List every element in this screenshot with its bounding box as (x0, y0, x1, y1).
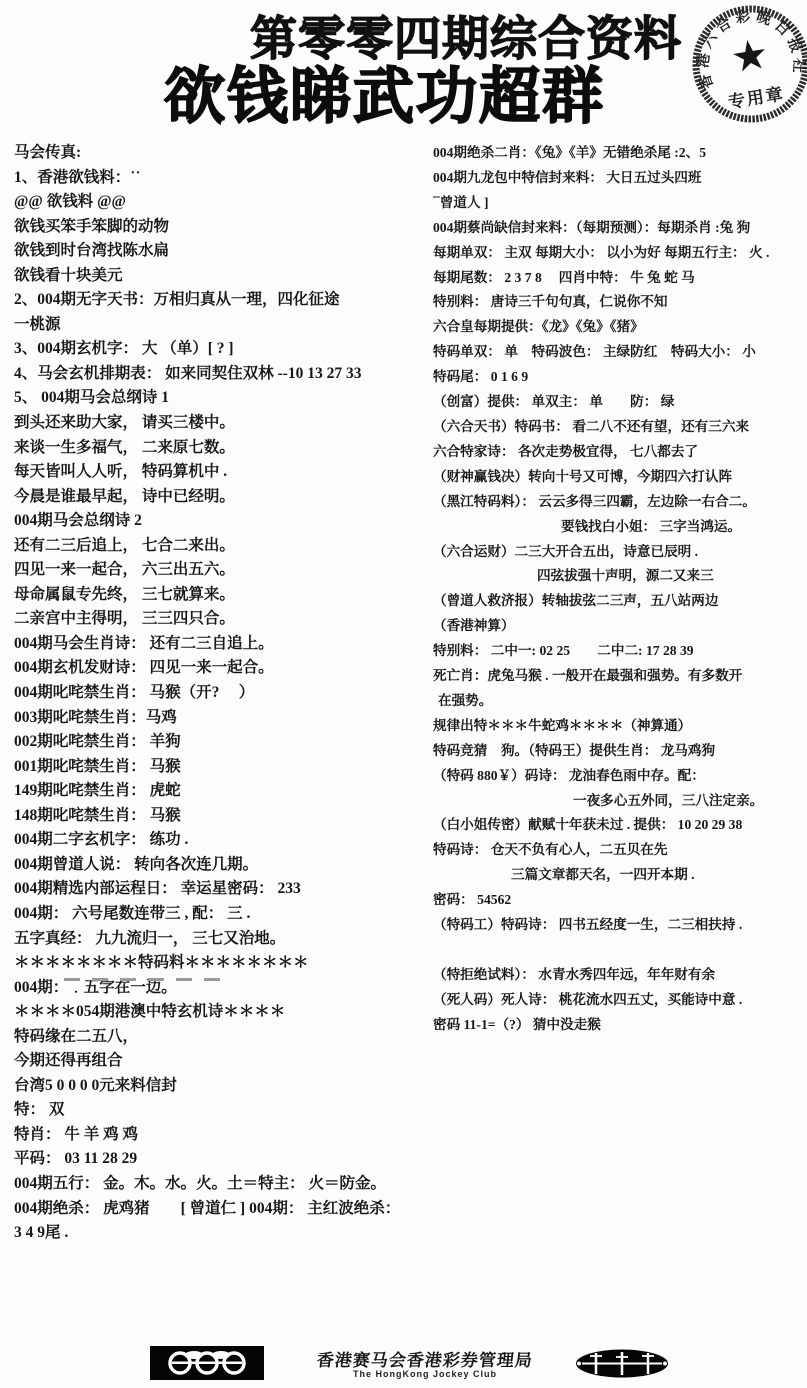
text-line: 每期单双： 主双 每期大小： 以小为好 每期五行主： 火 . (433, 241, 807, 266)
text-line: （香港神算） (433, 614, 807, 639)
text-line: 四见一来一起合， 六三出五六。 (14, 558, 428, 583)
text-line: 004期曾道人说： 转向各次连几期。 (14, 853, 428, 878)
text-line: 二亲宫中主得明， 三三四只合。 (14, 607, 428, 632)
text-line: 特别料： 唐诗三千句句真，仁说你不知 (433, 290, 807, 315)
text-line (433, 938, 807, 963)
text-line: 台湾5 0 0 0 0元来料信封 (14, 1074, 428, 1099)
text-line: 002期叱咤禁生肖： 羊狗 (14, 730, 428, 755)
oval-seal-icon (574, 1348, 670, 1379)
text-line: 特码竞猜 狗。（特码王）提供生肖： 龙马鸡狗 (433, 739, 807, 764)
left-column: 马会传真:1、香港欲钱料：˙˙@@ 欲钱料 @@欲钱买笨手笨脚的动物欲钱到时台湾… (14, 141, 428, 1246)
text-line: 密码： 54562 (433, 888, 807, 913)
text-line: 六合皇每期提供：《龙》《兔》《猪》 (433, 315, 807, 340)
text-line: 平码： 03 11 28 29 (14, 1147, 428, 1172)
text-line: @@ 欲钱料 @@ (14, 190, 428, 215)
fax-sheet-page: { "header": { "title_line1": "第零零四期综合资料"… (0, 0, 807, 1388)
text-line: 3 4 9尾 . (14, 1221, 428, 1246)
text-line: 特： 双 (14, 1098, 428, 1123)
text-line: （特码 880￥）码诗： 龙油春色雨中存。配： (433, 764, 807, 789)
text-line: （六合运财）二三大开合五出，诗意已辰明 . (433, 540, 807, 565)
text-line: 特码尾： 0 1 6 9 (433, 365, 807, 390)
text-line: 一夜多心五外同，三八注定亲。 (433, 789, 807, 814)
red-stamp-seal: 香港六合彩晚日报社 ★ 专用章 (688, 1, 807, 131)
text-line: （死人码）死人诗： 桃花流水四五丈，买能诗中意 . (433, 988, 807, 1013)
text-line: 004期叱咤禁生肖： 马猴（开? ） (14, 681, 428, 706)
text-line: 五字真经： 九九流归一， 三七又治地。 (14, 927, 428, 952)
text-line: 001期叱咤禁生肖： 马猴 (14, 755, 428, 780)
text-line: 在强势。 (433, 689, 807, 714)
page-subtitle: 欲钱睇武功超群 (164, 48, 605, 135)
text-line: 欲钱买笨手笨脚的动物 (14, 215, 428, 240)
text-line: 003期叱咤禁生肖：马鸡 (14, 706, 428, 731)
text-line: 母命属鼠专先终， 三七就算来。 (14, 583, 428, 608)
text-line: （白小姐传密）献赋十年获未过 . 提供： 10 20 29 38 (433, 813, 807, 838)
text-line: 欲钱到时台湾找陈水扁 (14, 239, 428, 264)
text-line: ¯曾道人 ] (433, 191, 807, 216)
text-line: 特别料： 二中一: 02 25 二中二: 17 28 39 (433, 639, 807, 664)
text-line: 特码缘在二五八， (14, 1025, 428, 1050)
text-line: 六合特家诗： 各次走势极宜得， 七八都去了 (433, 440, 807, 465)
text-line: 来谈一生多福气， 二来原七数。 (14, 436, 428, 461)
text-line: （黑江特码料）： 云云多得三四霸，左边除一右合二。 (433, 490, 807, 515)
text-line: 004期玄机发财诗： 四见一来一起合。 (14, 656, 428, 681)
text-line: 欲钱看十块美元 (14, 264, 428, 289)
text-line: 特码单双： 单 特码波色： 主绿防红 特码大小： 小 (433, 340, 807, 365)
text-line: （曾道人救济报）转轴拔弦二三声，五八站两边 (433, 589, 807, 614)
footer: 香港赛马会香港彩券管理局 The HongKong Jockey Club (0, 1342, 807, 1388)
text-line: 每天皆叫人人听， 特码算机中 . (14, 460, 428, 485)
text-line: 004期二字玄机字： 练功 . (14, 828, 428, 853)
text-line: 1、香港欲钱料：˙˙ (14, 166, 428, 191)
text-line: 密码 11-1=（?） 猜中没走猴 (433, 1013, 807, 1038)
text-line: 规律出特＊＊＊牛蛇鸡＊＊＊＊（神算通） (433, 714, 807, 739)
text-line: （创富）提供： 单双主： 单 防： 绿 (433, 390, 807, 415)
text-line: （财神赢钱决）转向十号又可博，今期四六打认阵 (433, 465, 807, 490)
text-line: 004期绝杀二肖：《兔》《羊》无错绝杀尾 :2、5 (433, 141, 807, 166)
text-line: 004期：﹒五字在一边。 (14, 976, 428, 1001)
star-icon: ★ (728, 31, 772, 82)
text-line: 004期五行： 金。木。水。火。土＝特主： 火＝防金。 (14, 1172, 428, 1197)
text-line: 004期精选内部运程日： 幸运星密码： 233 (14, 877, 428, 902)
right-column: 004期绝杀二肖：《兔》《羊》无错绝杀尾 :2、5004期九龙包中特信封来料： … (433, 141, 807, 1038)
text-line: 004期： 六号尾数连带三 , 配： 三 . (14, 902, 428, 927)
text-line: 今晨是谁最早起， 诗中已经明。 (14, 485, 428, 510)
text-line: 每期尾数： 2 3 7 8 四肖中特： 牛 兔 蛇 马 (433, 266, 807, 291)
text-line: 2、004期无字天书：万相归真从一理，四化征途 (14, 288, 428, 313)
stamp-label: 专用章 (727, 83, 786, 112)
text-line: 一桃源 (14, 313, 428, 338)
text-line: 特码诗： 仓天不负有心人，二五贝在先 (433, 838, 807, 863)
text-line: ＊＊＊＊＊＊＊＊特码料＊＊＊＊＊＊＊＊ (14, 951, 428, 976)
text-line: 5、 004期马会总纲诗 1 (14, 386, 428, 411)
footer-club-name-cn: 香港赛马会香港彩券管理局 (284, 1346, 567, 1371)
text-line: 004期马会生肖诗： 还有二三自追上。 (14, 632, 428, 657)
text-line: （特码工）特码诗： 四书五经度一生，二三相扶持 . (433, 913, 807, 938)
text-line: 要钱找白小姐： 三字当鸿运。 (433, 515, 807, 540)
text-line: （六合天书）特码书： 看二八不还有望，还有三六来 (433, 415, 807, 440)
text-line: 马会传真: (14, 141, 428, 166)
jockey-club-logo-icon (150, 1346, 264, 1380)
text-line: 今期还得再组合 (14, 1049, 428, 1074)
text-line: 特肖： 牛 羊 鸡 鸡 (14, 1123, 428, 1148)
text-line: 149期叱咤禁生肖： 虎蛇 (14, 779, 428, 804)
text-line: 四弦拔强十声明，源二又来三 (433, 564, 807, 589)
text-line: 4、马会玄机排期表： 如来同契住双林 --10 13 27 33 (14, 362, 428, 387)
text-line: 004期蔡尚缺信封来料：（每期预测）：每期杀肖 :兔 狗 (433, 216, 807, 241)
text-line: （特拒绝试料）： 水青水秀四年远，年年财有余 (433, 963, 807, 988)
text-line: 148期叱咤禁生肖： 马猴 (14, 804, 428, 829)
text-line: 004期绝杀： 虎鸡猪 [ 曾道仁 ] 004期： 主红波绝杀： (14, 1197, 428, 1222)
text-line: ＊＊＊＊054期港澳中特玄机诗＊＊＊＊ (14, 1000, 428, 1025)
text-line: 3、004期玄机字： 大 （单）[ ? ] (14, 337, 428, 362)
text-line: 还有二三后追上， 七合二来出。 (14, 534, 428, 559)
text-line: 004期九龙包中特信封来料： 大日五过头四班 (433, 166, 807, 191)
text-line: 004期马会总纲诗 2 (14, 509, 428, 534)
text-line: 死亡肖：虎兔马猴 . 一般开在最强和强势。有多数开 (433, 664, 807, 689)
text-line: 三篇文章都天名，一四开本期 . (433, 863, 807, 888)
text-line: 到头还来助大家， 请买三楼中。 (14, 411, 428, 436)
